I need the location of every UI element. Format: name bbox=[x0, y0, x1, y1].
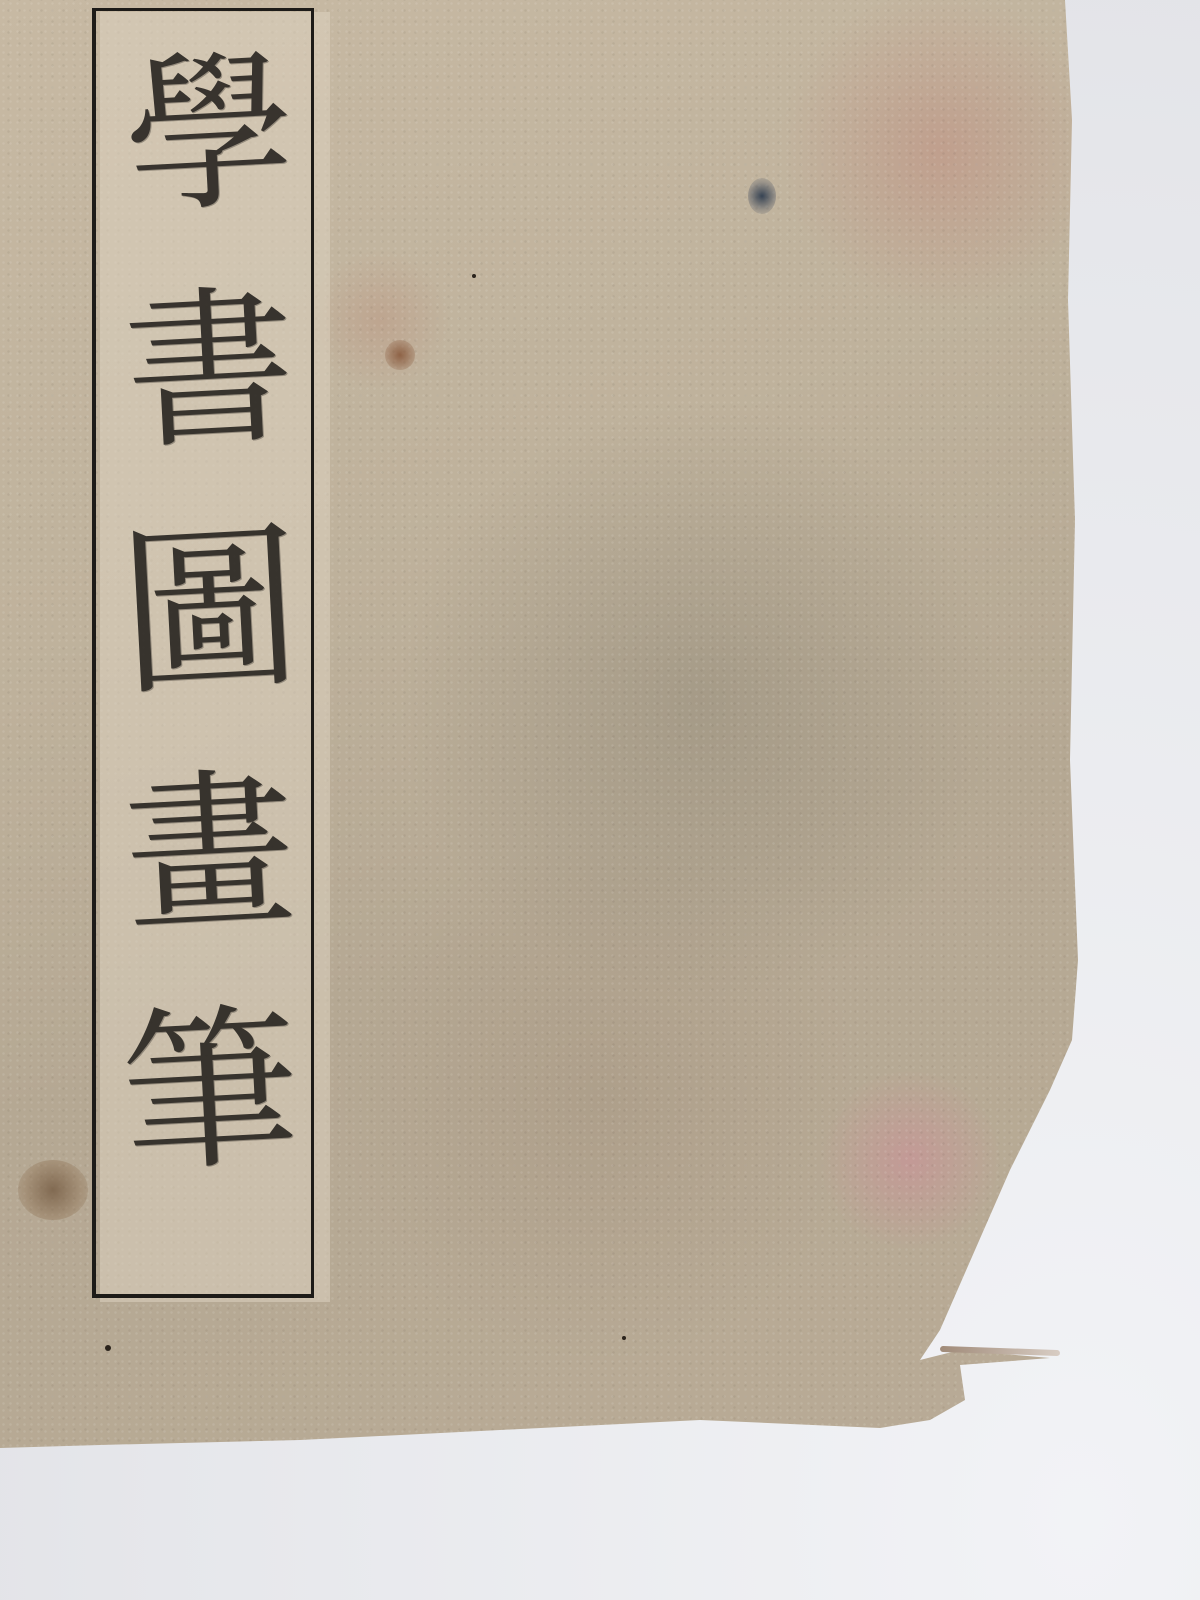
title-char-1: 學 bbox=[121, 46, 300, 225]
ink-speck bbox=[622, 1336, 626, 1340]
ink-speck bbox=[472, 274, 476, 278]
rust-spot bbox=[385, 340, 415, 370]
title-text-column: 學 書 圖 畫 筆 bbox=[100, 50, 320, 1180]
paper-sheet: 學 書 圖 畫 筆 bbox=[0, 0, 1090, 1470]
title-char-5: 筆 bbox=[118, 1001, 302, 1185]
ink-speck bbox=[105, 1345, 111, 1351]
title-char-3: 圖 bbox=[115, 518, 304, 707]
title-char-2: 書 bbox=[121, 282, 300, 461]
title-char-4: 畫 bbox=[121, 764, 300, 943]
brown-stain bbox=[18, 1160, 88, 1220]
ink-blot bbox=[748, 178, 776, 214]
